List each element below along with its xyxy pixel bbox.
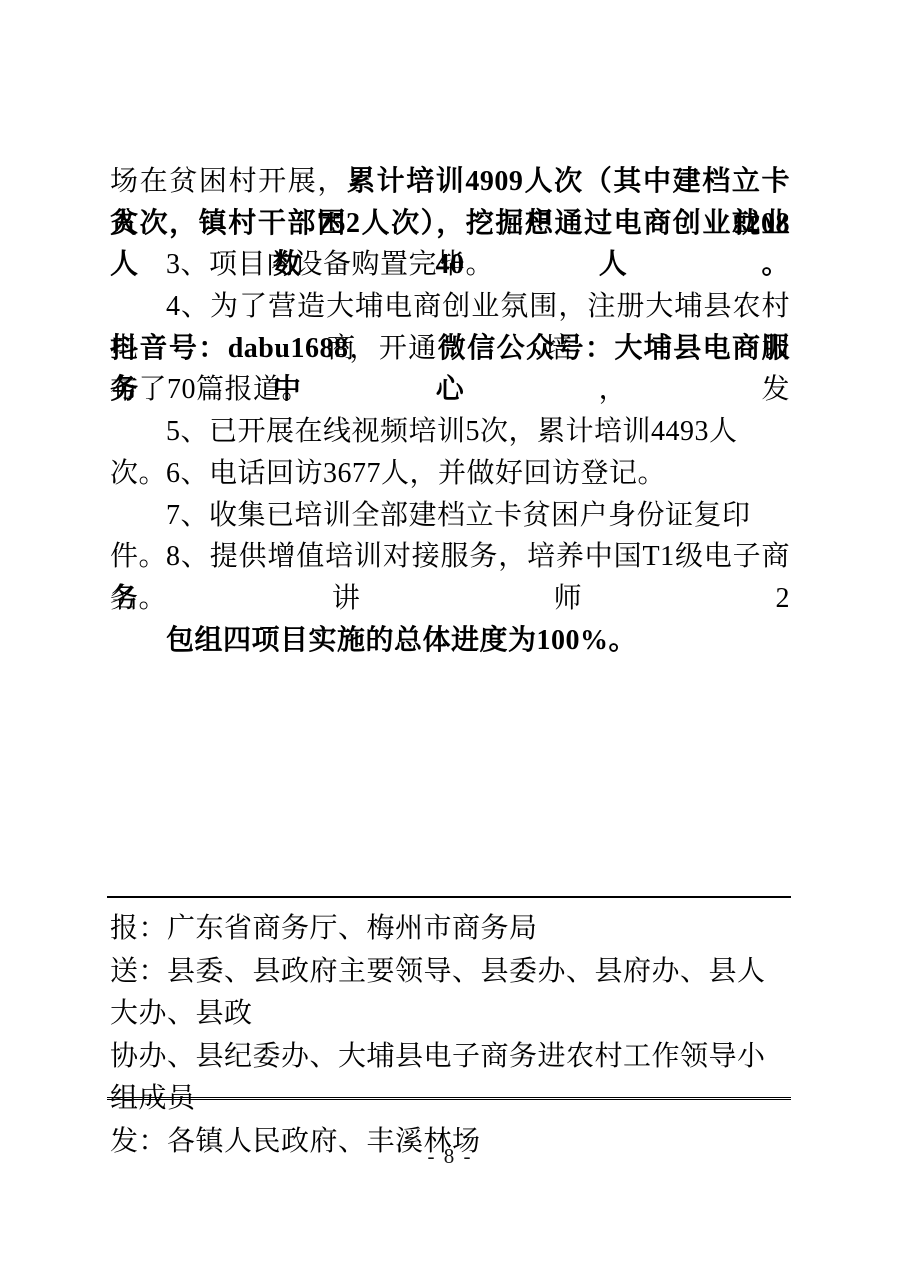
bold-text-run: 抖音号：dabu1688 xyxy=(110,333,348,364)
text-run: ，发 xyxy=(599,374,790,405)
footer-line: 报：广东省商务厅、梅州市商务局 xyxy=(110,908,788,951)
body-line: 人次，镇村干部752人次），挖掘想通过电商创业就业人数40人。 xyxy=(110,203,790,245)
document-page: 场在贫困村开展，累计培训4909人次（其中建档立卡贫困户1208人次，镇村干部7… xyxy=(0,0,900,1272)
body-line: 8、提供增值培训对接服务，培养中国T1级电子商务讲师2 xyxy=(110,536,790,578)
footer-bottom-rule xyxy=(107,1097,791,1098)
page-number: - 8 - xyxy=(0,1144,900,1169)
body-line: 5、已开展在线视频培训5次，累计培训4493人次。 xyxy=(110,411,790,453)
body-line: 抖音号：dabu1688，开通微信公众号：大埔县电商服务中心，发 xyxy=(110,328,790,370)
text-run: 布了70篇报道。 xyxy=(110,374,310,405)
body-line: 6、电话回访3677人，并做好回访登记。 xyxy=(110,453,790,495)
body-line: 场在贫困村开展，累计培训4909人次（其中建档立卡贫困户1208 xyxy=(110,161,790,203)
text-run: 3、项目内设备购置完毕。 xyxy=(166,249,494,280)
text-run: 场在贫困村开展， xyxy=(110,166,347,197)
text-run: 8、提供增值培训对接服务，培养中国T1级电子商务讲师2 xyxy=(110,541,790,614)
footer-line: 送：县委、县政府主要领导、县委办、县府办、县人大办、县政 xyxy=(110,951,788,1036)
text-run: ，开通 xyxy=(348,333,437,364)
footer-line: 协办、县纪委办、大埔县电子商务进农村工作领导小组成员 xyxy=(110,1036,788,1121)
footer-top-rule xyxy=(107,896,791,898)
bold-text-run: 包组四项目实施的总体进度为100%。 xyxy=(166,625,637,656)
footer-distribution-lines: 报：广东省商务厅、梅州市商务局送：县委、县政府主要领导、县委办、县府办、县人大办… xyxy=(110,908,788,1164)
body-line: 包组四项目实施的总体进度为100%。 xyxy=(110,620,790,662)
body-line: 4、为了营造大埔电商创业氛围，注册大埔县农村电商培训 xyxy=(110,286,790,328)
text-run: 名。 xyxy=(110,583,167,614)
body-line: 7、收集已培训全部建档立卡贫困户身份证复印件。 xyxy=(110,495,790,537)
text-run: 6、电话回访3677人，并做好回访登记。 xyxy=(166,458,666,489)
document-body-text: 场在贫困村开展，累计培训4909人次（其中建档立卡贫困户1208人次，镇村干部7… xyxy=(110,161,790,661)
